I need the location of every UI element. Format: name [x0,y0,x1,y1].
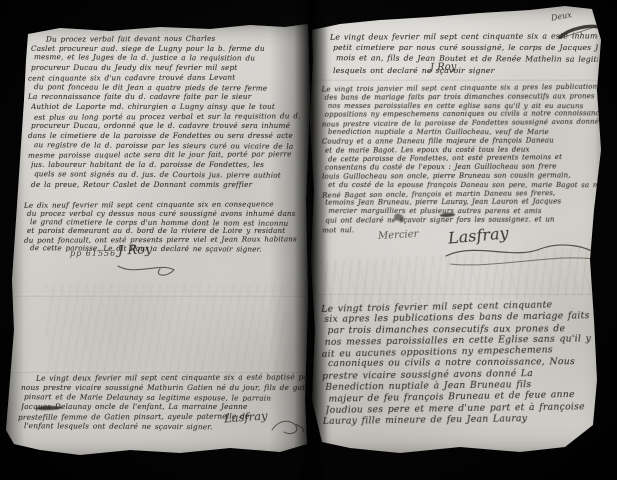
manuscript-line: jus. laboureur habitant de la d. paroiss… [31,160,306,170]
manuscript-line: nos messes paroissialles en cette eglise… [328,101,604,110]
manuscript-line: Le vingt deux fevrier mil sept cent cinq… [36,372,306,383]
marginal-note: pp 61556 [70,249,116,258]
manuscript-line: l'enfant lesquels ont declaré ne sçavoir… [24,421,306,433]
manuscript-line: par trois dimanches consecutifs aux pron… [327,322,603,335]
manuscript-line: est plus au long porté au procez verbal … [34,111,306,122]
signature-j-roy: J Roy [118,242,153,258]
manuscript-line: Authiot de Laporte md. chirurgien a Lugn… [31,102,306,112]
record-marriage-guillocheau-daneau: Le vingt trois janvier mil sept cent cin… [322,83,605,234]
manuscript-line: Le dix neuf fevrier mil sept cent cinqua… [24,200,306,210]
manuscript-line: mercier marguilliers et plusieurs autres… [328,207,604,216]
left-page-paper-texture: Du procez verbal fait devant nous Charle… [6,22,312,460]
signature-mercier: Mercier [378,229,419,242]
right-page: Deux Le vingt deux fevrier mil sept cent… [308,4,610,456]
right-page-paper-texture: Deux Le vingt deux fevrier mil sept cent… [308,4,610,456]
manuscript-line: mois et an, fils de Jean Boutet et de Re… [336,53,598,66]
record-baptism-gatien: Le vingt deux fevrier mil sept cent cinq… [18,373,306,432]
manuscript-line: du pont fonceau le dit Jean a quatre pie… [34,82,306,93]
record-burial-inconnu: Le dix neuf fevrier mil sept cent cinqua… [24,201,306,254]
manuscript-line: dans le cimetiere de la paroisse de Fond… [28,131,306,141]
manuscript-line: pinsart et de Marie Delaunay sa legitime… [24,392,306,404]
record-burial-jacques-jean: Le vingt deux fevrier mil sept cent cinq… [330,31,598,76]
paper-crease [308,292,610,295]
microfilm-scan: Du procez verbal fait devant nous Charle… [0,0,617,480]
signature-flourish [114,260,184,280]
record-proces-verbal-cadavre: Du procez verbal fait devant nous Charle… [28,34,306,189]
manuscript-line: lesquels ont declaré ne sçavoir signer [333,65,598,76]
manuscript-line: du procez verbal cy dessus nous curé sou… [27,210,306,219]
manuscript-line: le grand cimetiere le corps d'un homme d… [30,218,306,228]
manuscript-line: de la preue, Retour Caslet de Donnant co… [31,180,306,190]
manuscript-line: Du procez verbal fait devant nous Charle… [46,33,306,44]
manuscript-line: procureur Ducau, ordonné que le d. cadav… [31,121,306,131]
folio-number-label: Deux [550,10,572,22]
paper-crease [6,294,312,297]
manuscript-line: La reconnaissance faite du d. cadavre fa… [28,92,306,102]
left-page: Du procez verbal fait devant nous Charle… [6,22,312,460]
manuscript-line: mesme paroisse auquel acte sera dit le j… [28,150,306,161]
manuscript-line: benediction nuptiale a Martin Guillochea… [328,128,604,137]
signature-lasfray: Lasfray [447,223,509,247]
signature-j-roy: J Roy [430,62,457,74]
manuscript-line: Le vingt deux fevrier mil sept cent cinq… [330,30,598,43]
manuscript-line: quels se sont signés au d. jus. de Court… [34,169,306,180]
paper-crease [308,78,610,81]
manuscript-line: procureur Ducau du Jeudy dix neuf fevrie… [31,63,306,73]
ink-bleed-through [46,284,286,384]
record-marriage-bruneau-lauray: Le vingt trois fevrier mil sept cent cin… [321,299,605,427]
manuscript-line: nous prestre vicaire soussigné Mathurin … [21,383,306,393]
